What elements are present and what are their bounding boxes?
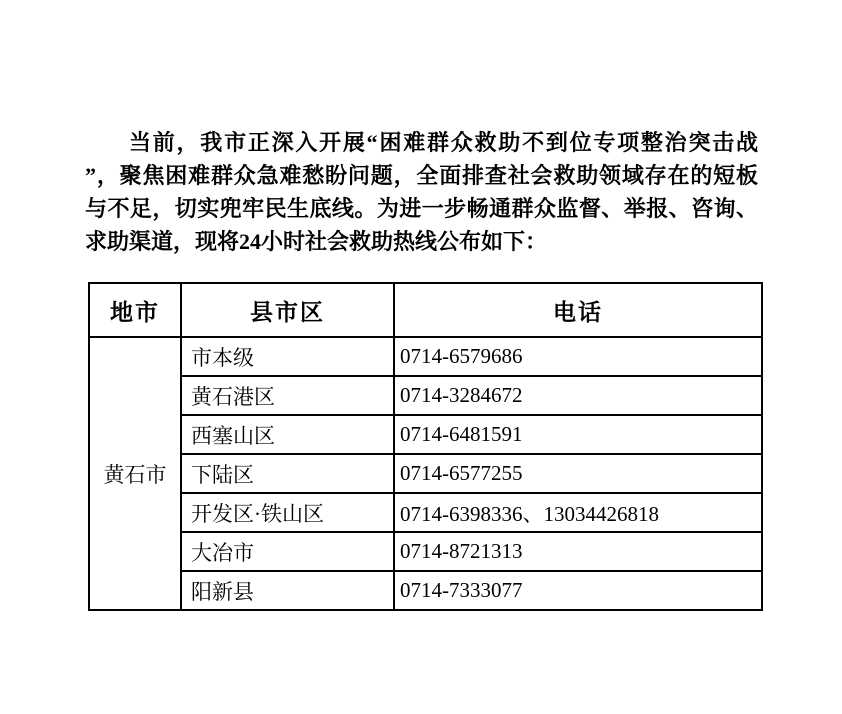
phone-cell: 0714-6579686 bbox=[394, 337, 762, 376]
phone-cell: 0714-6577255 bbox=[394, 454, 762, 493]
table-row: 西塞山区 0714-6481591 bbox=[89, 415, 762, 454]
paragraph-line: ”，聚焦困难群众急难愁盼问题，全面排查社会救助领域存在的短板 bbox=[85, 159, 758, 192]
table-row: 阳新县 0714-7333077 bbox=[89, 571, 762, 610]
table-row: 大冶市 0714-8721313 bbox=[89, 532, 762, 571]
table-row: 黄石港区 0714-3284672 bbox=[89, 376, 762, 415]
district-cell: 黄石港区 bbox=[181, 376, 394, 415]
col-header-phone: 电话 bbox=[394, 283, 762, 337]
paragraph-line: 求助渠道，现将24小时社会救助热线公布如下： bbox=[85, 225, 758, 258]
table-row: 下陆区 0714-6577255 bbox=[89, 454, 762, 493]
district-cell: 西塞山区 bbox=[181, 415, 394, 454]
paragraph-line: 当前，我市正深入开展“困难群众救助不到位专项整治突击战 bbox=[85, 126, 758, 159]
district-cell: 大冶市 bbox=[181, 532, 394, 571]
table-header-row: 地市 县市区 电话 bbox=[89, 283, 762, 337]
phone-cell: 0714-6398336、13034426818 bbox=[394, 493, 762, 532]
phone-cell: 0714-8721313 bbox=[394, 532, 762, 571]
phone-cell: 0714-7333077 bbox=[394, 571, 762, 610]
table-row: 黄石市 市本级 0714-6579686 bbox=[89, 337, 762, 376]
district-cell: 阳新县 bbox=[181, 571, 394, 610]
district-cell: 下陆区 bbox=[181, 454, 394, 493]
col-header-district: 县市区 bbox=[181, 283, 394, 337]
paragraph-line: 与不足，切实兜牢民生底线。为进一步畅通群众监督、举报、咨询、 bbox=[85, 192, 758, 225]
district-cell: 开发区·铁山区 bbox=[181, 493, 394, 532]
district-cell: 市本级 bbox=[181, 337, 394, 376]
col-header-city: 地市 bbox=[89, 283, 181, 337]
document-page: 当前，我市正深入开展“困难群众救助不到位专项整治突击战 ”，聚焦困难群众急难愁盼… bbox=[0, 0, 842, 714]
hotline-table: 地市 县市区 电话 黄石市 市本级 0714-6579686 黄石港区 0714… bbox=[88, 282, 763, 611]
city-cell: 黄石市 bbox=[89, 337, 181, 610]
table-row: 开发区·铁山区 0714-6398336、13034426818 bbox=[89, 493, 762, 532]
phone-cell: 0714-6481591 bbox=[394, 415, 762, 454]
intro-paragraph: 当前，我市正深入开展“困难群众救助不到位专项整治突击战 ”，聚焦困难群众急难愁盼… bbox=[85, 126, 758, 258]
phone-cell: 0714-3284672 bbox=[394, 376, 762, 415]
